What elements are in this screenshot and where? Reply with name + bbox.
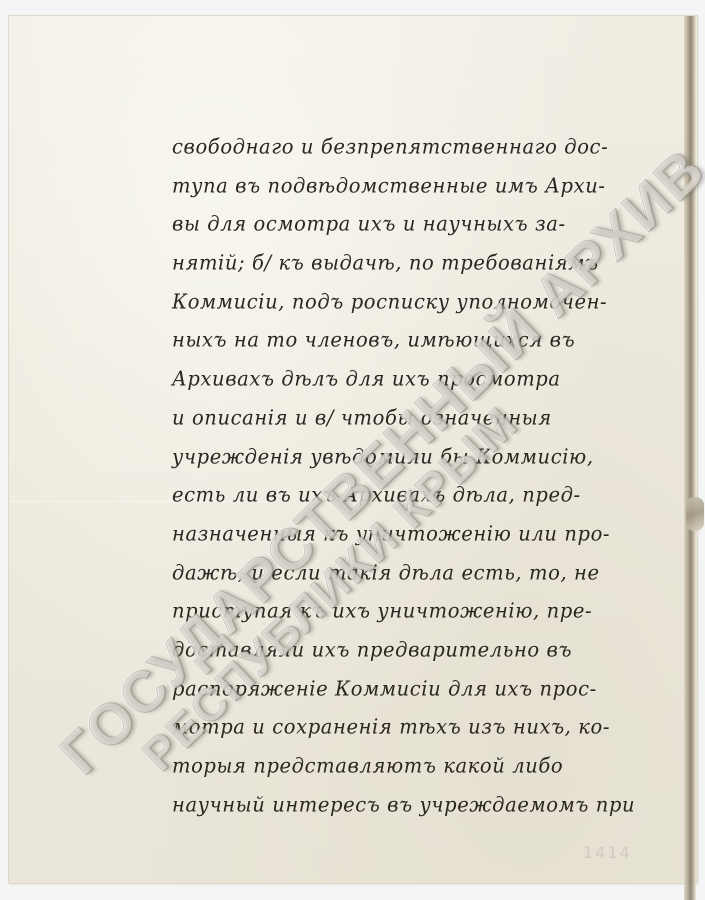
pencil-folio-number: 1414	[583, 843, 632, 862]
text-line: ныхъ на то членовъ, имѣющихся въ	[172, 320, 697, 361]
text-line: научный интересъ въ учреждаемомъ при	[172, 785, 697, 826]
text-line: доставляли ихъ предварительно въ	[172, 630, 697, 671]
text-line: свободнаго и безпрепятственнаго дос-	[172, 127, 697, 168]
text-line: дажѣ, и если такія дѣла есть, то, не	[172, 553, 697, 594]
text-line: нятій; б/ къ выдачѣ, по требованіямъ	[172, 243, 697, 284]
text-line: распоряженіе Коммисіи для ихъ прос-	[172, 669, 697, 710]
handwritten-text-block: свободнаго и безпрепятственнаго дос- туп…	[172, 128, 697, 824]
text-line: назначенныя къ уничтоженію или про-	[172, 514, 697, 555]
text-line: тупа въ подвѣдомственные имъ Архи-	[172, 166, 697, 207]
text-line: и описанія и в/ чтобы означенныя	[172, 398, 697, 439]
text-line: Коммисіи, подъ росписку уполномочен-	[172, 282, 697, 323]
text-line: учрежденія увѣдомили бы Коммисію,	[172, 437, 697, 478]
scan-canvas: свободнаго и безпрепятственнаго дос- туп…	[0, 0, 705, 900]
text-line: мотра и сохраненія тѣхъ изъ нихъ, ко-	[172, 707, 697, 748]
text-line: торыя представляютъ какой либо	[172, 746, 697, 787]
text-line: приступая къ ихъ уничтоженію, пре-	[172, 591, 697, 632]
text-line: есть ли въ ихъ Архивахъ дѣла, пред-	[172, 475, 697, 516]
text-line: вы для осмотра ихъ и научныхъ за-	[172, 204, 697, 245]
text-line: Архивахъ дѣлъ для ихъ просмотра	[172, 359, 697, 400]
